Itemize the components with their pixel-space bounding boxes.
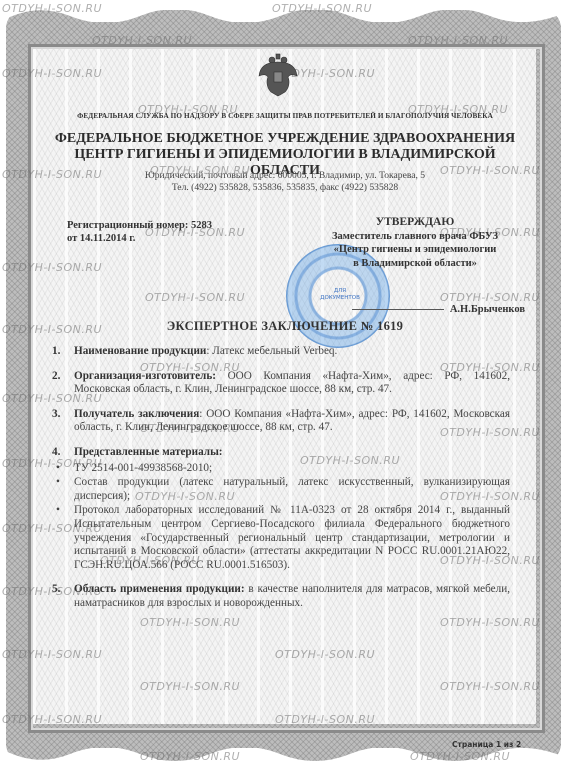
section-number: 3.: [52, 408, 60, 422]
watermark: OTDYH-I-SON.RU: [440, 291, 540, 304]
section-label: Получатель заключения: [74, 408, 199, 420]
section-label: Организация-изготовитель:: [74, 370, 216, 382]
signer-name: А.Н.Брыченков: [450, 304, 525, 315]
separator: [216, 370, 228, 382]
section-recipient: 3. Получатель заключения: ООО Компания «…: [52, 408, 510, 435]
document-body: 1. Наименование продукции: Латекс мебель…: [52, 345, 510, 622]
organization-contacts: Юридический, почтовый адрес: 600005, г. …: [40, 170, 530, 194]
approval-heading: УТВЕРЖДАЮ: [300, 216, 530, 230]
watermark: OTDYH-I-SON.RU: [2, 648, 102, 661]
materials-list-item: Состав продукции (латекс натуральный, ла…: [52, 476, 510, 503]
registration-date: от 14.11.2014 г.: [67, 232, 212, 245]
registration-number: Регистрационный номер: 5283: [67, 219, 212, 232]
approval-block: УТВЕРЖДАЮ Заместитель главного врача ФБУ…: [300, 216, 530, 270]
watermark: OTDYH-I-SON.RU: [140, 750, 240, 763]
section-number: 4.: [52, 446, 60, 460]
watermark: OTDYH-I-SON.RU: [410, 750, 510, 763]
materials-list: ТУ 2514-001-49938568-2010; Состав продук…: [52, 462, 510, 573]
watermark: OTDYH-I-SON.RU: [2, 261, 102, 274]
signer: А.Н.Брыченков: [335, 304, 525, 315]
watermark: OTDYH-I-SON.RU: [2, 2, 102, 15]
section-application: 5. Область применения продукции: в качес…: [52, 583, 510, 610]
russian-coat-of-arms-icon: [257, 52, 299, 98]
organization-title-line1: ФЕДЕРАЛЬНОЕ БЮДЖЕТНОЕ УЧРЕЖДЕНИЕ ЗДРАВОО…: [40, 131, 530, 147]
watermark: OTDYH-I-SON.RU: [2, 713, 102, 726]
section-text: Латекс мебельный Verbeq.: [212, 345, 337, 357]
section-number: 1.: [52, 345, 60, 359]
section-number: 5.: [52, 583, 60, 597]
watermark: OTDYH-I-SON.RU: [92, 34, 192, 47]
watermark: OTDYH-I-SON.RU: [440, 680, 540, 693]
watermark: OTDYH-I-SON.RU: [272, 2, 372, 15]
watermark: OTDYH-I-SON.RU: [2, 67, 102, 80]
page-number: Страница 1 из 2: [452, 740, 521, 749]
stamp-text: ДЛЯ ДОКУМЕНТОВ: [320, 288, 360, 302]
approval-position-line1: Заместитель главного врача ФБУЗ: [300, 230, 530, 244]
watermark: OTDYH-I-SON.RU: [275, 648, 375, 661]
section-label: Наименование продукции: [74, 345, 206, 357]
section-number: 2.: [52, 370, 60, 384]
organization-phones: Тел. (4922) 535828, 535836, 535835, факс…: [40, 182, 530, 194]
section-label: Область применения продукции:: [74, 583, 245, 595]
registration-block: Регистрационный номер: 5283 от 14.11.201…: [67, 219, 212, 245]
organization-address: Юридический, почтовый адрес: 600005, г. …: [40, 170, 530, 182]
materials-list-item: ТУ 2514-001-49938568-2010;: [52, 462, 510, 476]
agency-name: ФЕДЕРАЛЬНАЯ СЛУЖБА ПО НАДЗОРУ В СФЕРЕ ЗА…: [40, 112, 530, 120]
watermark: OTDYH-I-SON.RU: [275, 713, 375, 726]
section-materials: 4. Представленные материалы:: [52, 446, 510, 460]
document-title: ЭКСПЕРТНОЕ ЗАКЛЮЧЕНИЕ № 1619: [40, 319, 530, 334]
watermark: OTDYH-I-SON.RU: [140, 680, 240, 693]
approval-position-line3: в Владимирской области»: [300, 257, 530, 271]
signature-line: [352, 309, 444, 310]
section-label: Представленные материалы:: [74, 446, 223, 458]
approval-position-line2: «Центр гигиены и эпидемиологии: [300, 243, 530, 257]
section-manufacturer: 2. Организация-изготовитель: ООО Компани…: [52, 370, 510, 397]
section-product-name: 1. Наименование продукции: Латекс мебель…: [52, 345, 510, 359]
watermark: OTDYH-I-SON.RU: [145, 291, 245, 304]
materials-list-item: Протокол лабораторных исследований № 11А…: [52, 504, 510, 572]
watermark: OTDYH-I-SON.RU: [408, 34, 508, 47]
